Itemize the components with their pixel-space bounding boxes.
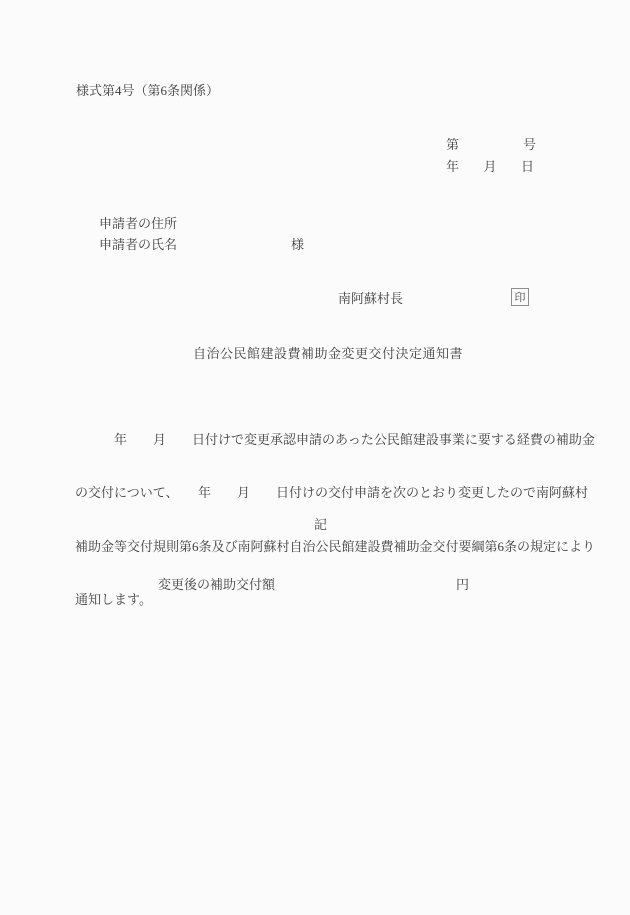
form-number: 様式第4号（第6条関係） [76,83,219,99]
doc-number-line: 第 号 [446,137,536,153]
applicant-address-label: 申請者の住所 [99,216,177,232]
seal-placeholder-box: 印 [511,288,529,306]
date-day-label: 日 [521,159,534,175]
date-line: 年 月 日 [446,159,534,175]
document-title: 自治公民館建設費補助金変更交付決定通知書 [193,346,463,362]
issuer-title: 南阿蘇村長 [338,291,403,307]
date-year-label: 年 [446,159,459,175]
record-marker: 記 [314,517,327,533]
body-line-3: 補助金等交付規則第6条及び南阿蘇村自治公民館建設費補助金交付要綱第6条の規定によ… [75,536,595,558]
body-line-1: 年 月 日付けで変更承認申請のあった公民館建設事業に要する経費の補助金 [75,429,595,451]
seal-mark: 印 [515,289,526,305]
body-line-2: の交付について、 年 月 日付けの交付申請を次のとおり変更したので南阿蘇村 [75,482,595,504]
body-line-4: 通知します。 [75,589,595,611]
doc-number-suffix: 号 [523,137,536,153]
recipient-honorific: 様 [291,237,304,253]
doc-number-prefix: 第 [446,137,459,153]
body-paragraph: 年 月 日付けで変更承認申請のあった公民館建設事業に要する経費の補助金 の交付に… [75,398,595,642]
amount-after-change-label: 変更後の補助交付額 [158,577,275,593]
document-page: 様式第4号（第6条関係） 第 号 年 月 日 申請者の住所 申請者の氏名 様 南… [0,0,630,915]
amount-unit-yen: 円 [456,577,469,593]
applicant-name-label: 申請者の氏名 [99,237,177,253]
date-month-label: 月 [483,159,496,175]
